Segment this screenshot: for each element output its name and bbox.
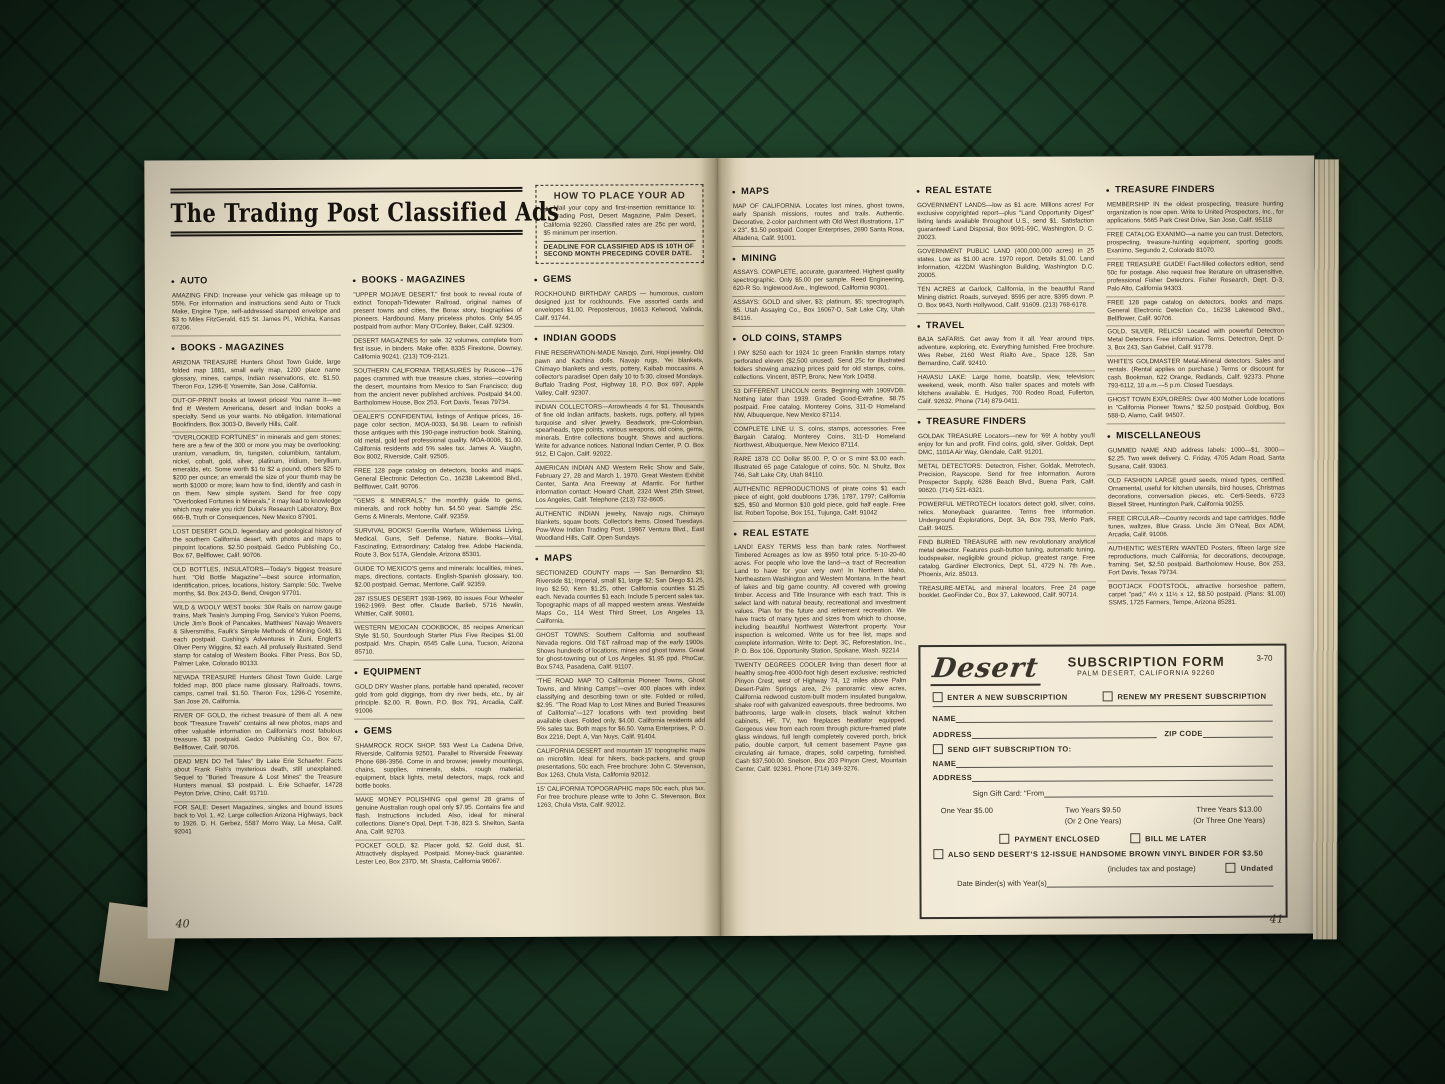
three-year-price: Three Years $13.00(Or Three One Years) (1193, 805, 1265, 826)
classified-ad: "THE ROAD MAP TO California Pioneer Town… (535, 675, 706, 746)
gift-address-field: ADDRESS (933, 772, 1273, 782)
binder-offer-option: ALSO SEND DESERT'S 12-ISSUE HANDSOME BRO… (933, 848, 1273, 859)
section-heading: ●MAPS (732, 179, 905, 200)
blank-line (972, 729, 1156, 739)
blank-line (1047, 878, 1274, 888)
bill-me-later-option: BILL ME LATER (1130, 833, 1207, 843)
classified-ad: ARIZONA TREASURE Hunters Ghost Town Guid… (171, 356, 342, 395)
classified-ad: AMAZING FIND: Increase your vehicle gas … (171, 290, 342, 337)
checkbox-icon (999, 834, 1009, 844)
classified-ad: POCKET GOLD, $2. Placer gold, $2. Gold d… (355, 839, 526, 869)
classified-ad: AUTHENTIC INDIAN jewelry, Navajo rugs, C… (535, 508, 706, 547)
bullet-icon: ● (732, 336, 736, 344)
classified-ad: DESERT MAGAZINES for sale. 32 volumes, c… (352, 335, 523, 366)
classified-ad: FREE CIRCULAR—Country records and tape c… (1107, 512, 1286, 543)
how-to-title: HOW TO PLACE YOUR AD (543, 190, 695, 202)
classified-ad: FINE RESERVATION-MADE Navajo, Zuni, Hopi… (534, 347, 705, 402)
checkbox-icon (933, 744, 943, 754)
classified-ad: RIVER OF GOLD, the richest treasure of t… (173, 710, 344, 757)
classified-ad: AMERICAN INDIAN AND Western Relic Show a… (534, 463, 705, 510)
page-number-right: 41 (1270, 913, 1284, 926)
classified-ad: AUTHENTIC WESTERN WANTED Posters, fiftee… (1107, 542, 1286, 581)
section-heading: ●REAL ESTATE (916, 178, 1095, 199)
bullet-icon: ● (354, 729, 358, 737)
classified-ad: FIND BURIED TREASURE with new revolution… (918, 536, 1097, 583)
blank-line (1203, 729, 1273, 738)
payment-enclosed-option: PAYMENT ENCLOSED (999, 833, 1100, 843)
blank-line (972, 772, 1273, 782)
classified-ad: SURVIVAL BOOKS! Guerrilla Warfare, Wilde… (353, 525, 524, 564)
bullet-icon: ● (352, 278, 356, 286)
bullet-icon: ● (733, 531, 737, 539)
classified-ad: I PAY $250 each for 1924 1c green Frankl… (732, 347, 906, 386)
classified-ad: METAL DETECTORS: Detectron, Fisher, Gold… (917, 460, 1096, 499)
how-to-deadline: DEADLINE FOR CLASSIFIED ADS IS 10TH OF S… (544, 240, 697, 258)
classified-ad: MAP OF CALIFORNIA. Locates lost mines, g… (732, 200, 906, 247)
classified-ad: "UPPER MOJAVE DESERT," first book to rev… (352, 289, 523, 336)
checkbox-icon (933, 849, 943, 859)
blank-line (956, 758, 1273, 768)
blank-line (1044, 788, 1273, 798)
classified-ad: "OVERLOOKED FORTUNES" in minerals and ge… (171, 432, 342, 527)
address-field: ADDRESS ZIP CODE (932, 729, 1272, 739)
classified-ad: GOLD DRY Washer plans, portable hand ope… (354, 681, 525, 720)
classified-ad: FREE 128 page catalog on detectors, book… (1106, 296, 1285, 327)
classified-ad: CALIFORNIA DESERT and mountain 15' topog… (536, 745, 707, 784)
classified-ad: LOST DESERT GOLD, legendary and geologic… (172, 526, 343, 565)
section-heading: ●GEMS (354, 719, 525, 740)
classified-column-right-3: ●TREASURE FINDERSMEMBERSHIP IN the oldes… (1106, 174, 1287, 639)
classified-ad: SHAMROCK ROCK SHOP, 593 West La Cadena D… (354, 740, 525, 795)
classified-ad: GOVERNMENT PUBLIC LAND (400,000,000 acre… (916, 245, 1095, 284)
how-to-body: ★Mail your copy and first-insertion remi… (543, 204, 696, 238)
classified-ad: BOOTJACK FOOTSTOOL, attractive horseshoe… (1107, 580, 1286, 610)
section-heading: ●EQUIPMENT (354, 660, 525, 681)
section-heading: ●REAL ESTATE (733, 521, 906, 542)
bullet-icon: ● (917, 323, 921, 331)
photo-of-magazine: { "scene": { "background_color": "#1d3e2… (0, 0, 1445, 1084)
classified-ad: TEN ACRES at Garlock, California, in the… (916, 283, 1095, 314)
bullet-icon: ● (534, 336, 538, 344)
page-stack-edges (1313, 159, 1339, 939)
classified-ad: SECTIONIZED COUNTY maps — San Bernardino… (535, 567, 706, 630)
classified-ad: GOLD, SILVER, RELICS! Located with power… (1106, 326, 1285, 357)
classified-column-right-2: ●REAL ESTATEGOVERNMENT LANDS—low as $1 a… (916, 174, 1097, 639)
classified-ad: GHOST TOWN EXPLORERS: Over 400 Mother Lo… (1107, 394, 1286, 425)
renew-subscription-option: RENEW MY PRESENT SUBSCRIPTION (1102, 691, 1272, 702)
masthead: The Trading Post Classified Ads (170, 187, 522, 237)
classified-ad: ASSAYS. COMPLETE, accurate, guaranteed. … (732, 267, 905, 298)
bullet-icon: ● (1107, 434, 1111, 442)
form-city-line: PALM DESERT, CALIFORNIA 92260 (1042, 670, 1251, 678)
left-page: The Trading Post Classified Ads HOW TO P… (144, 158, 721, 938)
classified-ad: NEVADA TREASURE Hunters Ghost Town Guide… (173, 672, 344, 711)
form-title: SUBSCRIPTION FORM (1042, 654, 1251, 670)
payment-options: PAYMENT ENCLOSED BILL ME LATER (933, 833, 1273, 844)
classified-ad: GUIDE TO MEXICO'S gems and minerals: loc… (353, 562, 524, 593)
classified-ad: OUT-OF-PRINT books at lowest prices! You… (171, 394, 342, 433)
blank-line (956, 713, 1273, 723)
bullet-icon: ● (1106, 187, 1110, 195)
bullet-icon: ● (917, 419, 921, 427)
classified-ad: WESTERN MEXICAN COOKBOOK, 85 recipes Ame… (354, 622, 525, 661)
checkbox-icon (1130, 833, 1140, 843)
section-heading: ●BOOKS - MAGAZINES (352, 268, 523, 289)
two-year-price: Two Years $9.50(Or 2 One Years) (1065, 805, 1122, 826)
checkbox-icon (1102, 691, 1112, 701)
classified-ad: 287 ISSUES DESERT 1938-1969, 80 issues F… (354, 592, 525, 623)
magazine-spread: The Trading Post Classified Ads HOW TO P… (144, 155, 1317, 938)
page-title: The Trading Post Classified Ads (170, 196, 522, 228)
classified-ad: FREE CATALOG EXANIMO—a name you can trus… (1106, 228, 1285, 259)
bullet-icon: ● (732, 256, 736, 264)
section-heading: ●TREASURE FINDERS (1106, 178, 1285, 199)
classified-ad: GUMMED NAME AND address labels: 1000—$1,… (1107, 445, 1286, 476)
undated-option: Undated (1226, 863, 1274, 873)
classified-ad: FREE 128 page catalog on detectors, book… (353, 465, 524, 496)
new-subscription-option: ENTER A NEW SUBSCRIPTION (932, 691, 1102, 702)
classified-ad: OLD BOTTLES, INSULATORS—Today's biggest … (172, 564, 343, 603)
classified-ad: 53 DIFFERENT LINCOLN cents. Beginning wi… (733, 385, 907, 424)
bullet-icon: ● (535, 556, 539, 564)
date-binder-field: Date Binder(s) with Year(s) (933, 878, 1273, 888)
classified-ad: RARE 1878 CC Dollar $5.00. P, O or S min… (733, 453, 906, 484)
classified-ad: ROCKHOUND BIRTHDAY CARDS — humorous, cus… (534, 288, 705, 327)
classified-ad: SOUTHERN CALIFORNIA TREASURES by Ruscoe—… (353, 365, 524, 412)
classified-ad: COMPLETE LINE U. S. coins, stamps, acces… (733, 423, 906, 454)
name-field: NAME (932, 713, 1272, 723)
gift-subscription-option: SEND GIFT SUBSCRIPTION TO: (933, 743, 1273, 754)
classified-ad: POWERFUL METROTECH locators detect gold,… (917, 498, 1096, 537)
binder-note-row: (includes tax and postage) Undated (933, 863, 1273, 874)
classified-ad: ASSAYS: GOLD and silver, $3; platinum, $… (732, 296, 905, 327)
classified-ad: WHITE'S GOLDMASTER Metal-Mineral detecto… (1106, 356, 1285, 395)
classified-ad: GHOST TOWNS: Southern California and sou… (535, 629, 706, 676)
classified-ad: LAND! EASY TERMS less than bank rates. N… (733, 542, 907, 661)
classified-ad: 15' CALIFORNIA TOPOGRAPHIC maps 50c each… (536, 783, 707, 813)
subscription-form: Desert SUBSCRIPTION FORM PALM DESERT, CA… (918, 644, 1288, 920)
classified-ad: HAVASU LAKE: Large home, boatslip, view,… (917, 372, 1096, 411)
classified-ad: FREE TREASURE GUIDE! Fact-filled collect… (1106, 258, 1285, 297)
desert-logo: Desert (930, 655, 1044, 686)
classified-ad: INDIAN COLLECTORS—Arrowheads 4 for $1. T… (534, 401, 705, 464)
bullet-icon: ● (916, 188, 920, 196)
bullet-icon: ● (171, 345, 175, 353)
issue-code: 3-70 (1256, 654, 1272, 663)
classified-ad: MAKE MONEY POLISHING opal gems! 28 grams… (354, 794, 525, 841)
bullet-icon: ● (732, 189, 736, 197)
classified-ad: GOLDAK TREASURE Locators—new for '69! A … (917, 430, 1096, 461)
classified-column-left-2: ●BOOKS - MAGAZINES"UPPER MOJAVE DESERT,"… (352, 264, 525, 921)
classified-ad: FOR SALE: Desert Magazines, singles and … (173, 802, 344, 840)
classified-ad: "GEMS & MINERALS," the monthly guide to … (353, 495, 524, 526)
checkbox-icon (1226, 863, 1236, 873)
section-heading: ●TREASURE FINDERS (917, 409, 1096, 430)
checkbox-icon (932, 692, 942, 702)
bullet-icon: ● (354, 670, 358, 678)
classified-ad: MEMBERSHIP IN the oldest prospecting, tr… (1106, 198, 1285, 229)
classified-column-left-1: ●AUTOAMAZING FIND: Increase your vehicle… (171, 265, 344, 922)
section-heading: ●OLD COINS, STAMPS (732, 326, 905, 347)
price-options: One Year $5.00 Two Years $9.50(Or 2 One … (933, 805, 1273, 827)
bullet-icon: ● (534, 277, 538, 285)
classified-column-left-3: ●GEMSROCKHOUND BIRTHDAY CARDS — humorous… (534, 263, 707, 920)
page-number-left: 40 (176, 917, 190, 930)
section-heading: ●BOOKS - MAGAZINES (171, 336, 342, 357)
classified-column-right-1: ●MAPSMAP OF CALIFORNIA. Locates lost min… (732, 175, 909, 920)
section-heading: ●GEMS (534, 267, 705, 288)
classified-ad: AUTHENTIC REPRODUCTIONS of pirate coins … (733, 483, 907, 522)
sign-gift-card-field: Sign Gift Card: "From (933, 788, 1273, 798)
section-heading: ●AUTO (171, 269, 342, 290)
how-to-place-ad-box: HOW TO PLACE YOUR AD ★Mail your copy and… (535, 184, 704, 264)
classified-ad: DEALER'S CONFIDENTIAL listings of Antiqu… (353, 411, 524, 466)
section-heading: ●MINING (732, 246, 905, 267)
classified-ad: TWENTY DEGREES COOLER living than desert… (734, 659, 908, 777)
section-heading: ●TRAVEL (917, 313, 1096, 334)
bullet-icon: ● (171, 279, 175, 287)
classified-ad: WILD & WOOLY WEST books: 30# Rails on na… (172, 602, 343, 673)
classified-ad: TREASURE-METAL and mineral locators. Fre… (918, 582, 1097, 604)
right-page: ●MAPSMAP OF CALIFORNIA. Locates lost min… (718, 155, 1318, 936)
one-year-price: One Year $5.00 (941, 806, 993, 827)
section-heading: ●MISCELLANEOUS (1107, 424, 1286, 445)
classified-ad: BAJA SAFARIS. Get away from it all. Year… (917, 334, 1096, 373)
classified-ad: OLD FASHION LARGE gourd seeds, mixed typ… (1107, 475, 1286, 514)
section-heading: ●MAPS (535, 546, 706, 567)
gift-name-field: NAME (933, 758, 1273, 768)
section-heading: ●INDIAN GOODS (534, 326, 705, 347)
classified-ad: DEAD MEN DO Tell Tales" By Lake Erie Sch… (173, 756, 344, 803)
classified-ad: GOVERNMENT LANDS—low as $1 acre. Million… (916, 199, 1095, 246)
